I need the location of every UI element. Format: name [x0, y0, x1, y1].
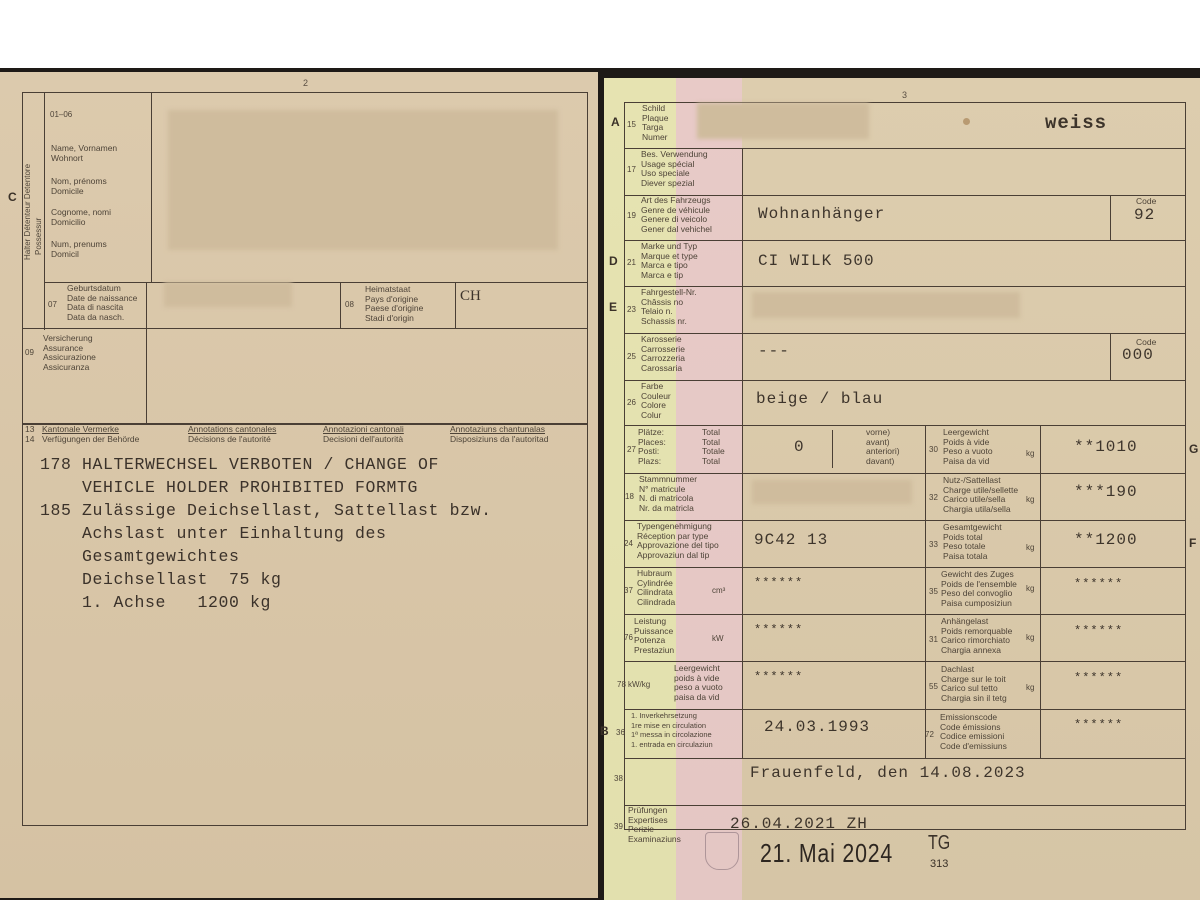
total-weight-label: Gesamtgewicht Poids total Peso totale Pa… [943, 523, 1002, 561]
authority-decisions-header-rm: Disposiziuns da l'autoritad [450, 434, 548, 444]
emission-code-value: ****** [1074, 718, 1123, 732]
power-to-weight-label: kW/kg [628, 680, 650, 689]
section-letter-b: B [600, 724, 609, 738]
divider [146, 282, 147, 424]
towable-load-label: Anhängelast Poids remorquable Carico rim… [941, 617, 1012, 655]
roof-load-unit: kg [1026, 683, 1034, 692]
type-approval-value: 9C42 13 [754, 531, 828, 549]
field-72-number: 72 [925, 730, 934, 739]
color-label: Farbe Couleur Colore Colur [641, 382, 671, 420]
towable-load-value: ****** [1074, 624, 1123, 638]
total-weight-value: **1200 [1074, 531, 1138, 549]
power-unit: kW [712, 634, 724, 643]
empty-weight-unit: kg [1026, 449, 1034, 458]
field-17-number: 17 [627, 165, 636, 174]
divider [624, 661, 1186, 662]
make-type-label: Marke und Typ Marque et type Marca e tip… [641, 242, 698, 280]
field-18-number: 18 [625, 492, 634, 501]
divider [624, 333, 1186, 334]
payload-label: Nutz-/Sattellast Charge utile/sellette C… [943, 476, 1018, 514]
field-19-number: 19 [627, 211, 636, 220]
divider [1110, 333, 1111, 380]
field-24-number: 24 [624, 539, 633, 548]
total-weight-unit: kg [1026, 543, 1034, 552]
cantonal-notes-text: 178 HALTERWECHSEL VERBOTEN / CHANGE OF V… [40, 453, 492, 614]
plate-label: Schild Plaque Targa Numer [642, 104, 668, 142]
displacement-value: ****** [754, 576, 803, 590]
seats-total-label: Total Total Totale Total [702, 428, 725, 466]
field-name-label-fr: Nom, prénoms Domicile [51, 177, 107, 196]
section-letter-g: G [1189, 442, 1198, 456]
divider [624, 148, 1186, 149]
divider [624, 614, 1186, 615]
field-09-number: 09 [25, 348, 34, 357]
train-weight-label: Gewicht des Zuges Poids de l'ensemble Pe… [941, 570, 1017, 608]
power-to-weight-value: ****** [754, 670, 803, 684]
field-25-number: 25 [627, 352, 636, 361]
insurance-label: Versicherung Assurance Assicurazione Ass… [43, 334, 96, 372]
authority-decisions-header-fr: Décisions de l'autorité [188, 434, 271, 444]
train-weight-value: ****** [1074, 577, 1123, 591]
cantonal-notes-header-rm: Annotaziuns chantunalas [450, 424, 545, 434]
section-letter-e: E [609, 300, 617, 314]
birthdate-label: Geburtsdatum Date de naissance Data di n… [67, 284, 137, 322]
divider [624, 425, 1186, 426]
divider [151, 92, 152, 282]
power-value: ****** [754, 623, 803, 637]
field-23-number: 23 [627, 305, 636, 314]
field-13-14-number: 13 14 [25, 425, 34, 444]
plate-value [697, 103, 869, 139]
seats-label: Plätze: Places: Posti: Plazs: [638, 428, 666, 466]
authority-decisions-header-de: Verfügungen der Behörde [42, 434, 139, 444]
field-38-number: 38 [614, 774, 623, 783]
divider [832, 430, 833, 468]
seats-value: 0 [794, 438, 805, 456]
field-27-number: 27 [627, 445, 636, 454]
first-registration-value: 24.03.1993 [764, 718, 870, 736]
field-37-number: 37 [624, 586, 633, 595]
cantonal-notes-header-it: Annotazioni cantonali [323, 424, 404, 434]
color-value: beige / blau [756, 390, 883, 408]
field-55-number: 55 [929, 682, 938, 691]
field-08-number: 08 [345, 300, 354, 309]
body-code-value: 000 [1122, 346, 1154, 364]
roof-load-value: ****** [1074, 671, 1123, 685]
divider [624, 758, 1186, 759]
payload-value: ***190 [1074, 483, 1138, 501]
section-letter-a: A [611, 115, 620, 129]
field-name-label-it: Cognome, nomi Domicilio [51, 208, 111, 227]
field-26-number: 26 [627, 398, 636, 407]
inspection-entry: 26.04.2021 ZH [730, 815, 868, 833]
displacement-label: Hubraum Cylindrée Cilindrata Cilindrada [637, 569, 675, 607]
body-label: Karosserie Carrosserie Carrozzeria Caros… [641, 335, 685, 373]
holder-vertical-label: Halter Détenteur Detentore [23, 164, 32, 260]
section-letter-f: F [1189, 536, 1196, 550]
field-35-number: 35 [929, 587, 938, 596]
master-number-label: Stammnummer N° matricule N. di matricola… [639, 475, 697, 513]
field-39-number: 39 [614, 822, 623, 831]
inspection-stamp-number: 313 [930, 858, 948, 870]
field-32-number: 32 [929, 493, 938, 502]
field-15-number: 15 [627, 120, 636, 129]
roof-load-label: Dachlast Charge sur le toit Carico sul t… [941, 665, 1007, 703]
divider [624, 805, 1186, 806]
chassis-number-value [752, 292, 1020, 318]
divider [44, 282, 588, 283]
field-30-number: 30 [929, 445, 938, 454]
divider [624, 473, 1186, 474]
type-approval-label: Typengenehmigung Réception par type Appr… [637, 522, 719, 560]
divider [624, 567, 1186, 568]
cantonal-notes-header-de: Kantonale Vermerke [42, 424, 119, 434]
field-33-number: 33 [929, 540, 938, 549]
master-number-value [752, 480, 912, 504]
displacement-unit: cm³ [712, 586, 725, 595]
vehicle-type-code-value: 92 [1134, 206, 1155, 224]
towable-load-unit: kg [1026, 633, 1034, 642]
field-31-number: 31 [929, 635, 938, 644]
section-letter-c: C [8, 190, 17, 204]
inspection-stamp-canton: TG [928, 832, 950, 855]
vehicle-type-label: Art des Fahrzeugs Genre de véhicule Gene… [641, 196, 712, 234]
divider [455, 282, 456, 328]
inspection-stamp-date: 21. Mai 2024 [760, 838, 893, 869]
field-01-06-number: 01–06 [50, 110, 72, 119]
country-of-origin-label: Heimatstaat Pays d'origine Paese d'origi… [365, 285, 423, 323]
empty-weight-label: Leergewicht Poids à vide Peso a vuoto Pa… [943, 428, 993, 466]
country-of-origin-value: CH [460, 288, 481, 305]
divider [624, 240, 1186, 241]
field-07-number: 07 [48, 300, 57, 309]
inspections-label: Prüfungen Expertises Perizie Examinaziun… [628, 806, 681, 844]
divider [22, 328, 588, 329]
place-date-value: Frauenfeld, den 14.08.2023 [750, 764, 1026, 782]
birthdate-value [164, 282, 292, 307]
divider [624, 709, 1186, 710]
vehicle-type-code-label: Code [1136, 196, 1156, 206]
divider [624, 380, 1186, 381]
make-type-value: CI WILK 500 [758, 252, 875, 270]
stain-mark [963, 118, 970, 125]
holder-vertical-label-2: Possessur [34, 218, 43, 255]
divider [44, 92, 45, 330]
section-letter-d: D [609, 254, 618, 268]
cantonal-notes-header-fr: Annotations cantonales [188, 424, 276, 434]
empty-weight-value: **1010 [1074, 438, 1138, 456]
emission-code-label: Emissionscode Code émissions Codice emis… [940, 713, 1007, 751]
first-registration-label: 1. Inverkehrsetzung 1re mise en circulat… [631, 711, 713, 749]
divider [624, 286, 1186, 287]
field-36-number: 36 [616, 728, 625, 737]
field-name-label-de: Name, Vornamen Wohnort [51, 144, 117, 163]
field-78-number: 78 [617, 680, 626, 689]
field-21-number: 21 [627, 258, 636, 267]
seats-front-label: vorne) avant) anteriori) davant) [866, 428, 900, 466]
chassis-number-label: Fahrgestell-Nr. Châssis no Telaio n. Sch… [641, 288, 697, 326]
page-number-right: 3 [902, 90, 907, 100]
holder-name-address-value [168, 110, 558, 250]
canton-coat-of-arms-icon [705, 832, 739, 870]
plate-color-value: weiss [1045, 112, 1107, 134]
power-to-weight-sublabel: Leergewicht poids à vide peso a vuoto pa… [674, 664, 723, 702]
body-value: --- [758, 342, 790, 360]
payload-unit: kg [1026, 495, 1034, 504]
train-weight-unit: kg [1026, 584, 1034, 593]
vehicle-type-value: Wohnanhänger [758, 205, 885, 223]
authority-decisions-header-it: Decisioni dell'autorità [323, 434, 403, 444]
page-number-left: 2 [303, 78, 308, 88]
special-usage-label: Bes. Verwendung Usage spécial Uso specia… [641, 150, 708, 188]
field-76-number: 76 [624, 633, 633, 642]
field-name-label-rm: Num, prenums Domicil [51, 240, 107, 259]
divider [340, 282, 341, 328]
divider [1110, 195, 1111, 240]
power-label: Leistung Puissance Potenza Prestaziun [634, 617, 674, 655]
